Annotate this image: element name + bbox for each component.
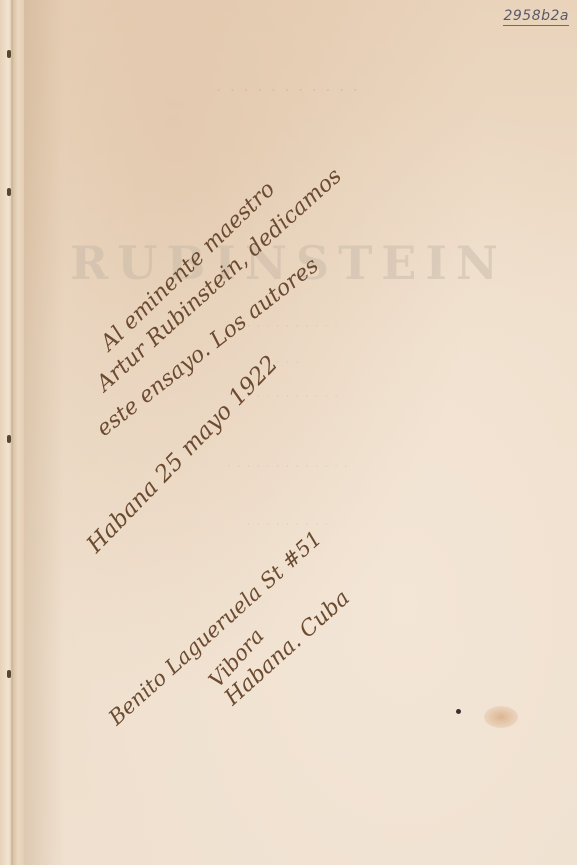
gutter-shadow <box>24 0 64 865</box>
catalog-number: 2958b2a <box>503 8 569 26</box>
binding-crease <box>11 0 13 865</box>
show-through-line: · · · · · · · · · · · <box>0 392 577 402</box>
stitch-mark <box>7 50 11 58</box>
book-page: 2958b2a · · · · · · · · · · · RUBINSTEIN… <box>0 0 577 865</box>
binding-edge <box>0 0 24 865</box>
show-through-line: · · · · · · · · · <box>0 520 577 530</box>
stitch-mark <box>7 188 11 196</box>
show-through-line: · · · <box>0 358 577 368</box>
show-through-line: · · · · · · · · · · · · · <box>0 462 577 472</box>
stitch-mark <box>7 670 11 678</box>
ink-spot <box>456 709 461 714</box>
show-through-line: · · · · · · · · · · · <box>0 322 577 332</box>
show-through-series-line: · · · · · · · · · · · <box>0 84 577 97</box>
foxing-stain <box>484 706 518 728</box>
stitch-mark <box>7 435 11 443</box>
